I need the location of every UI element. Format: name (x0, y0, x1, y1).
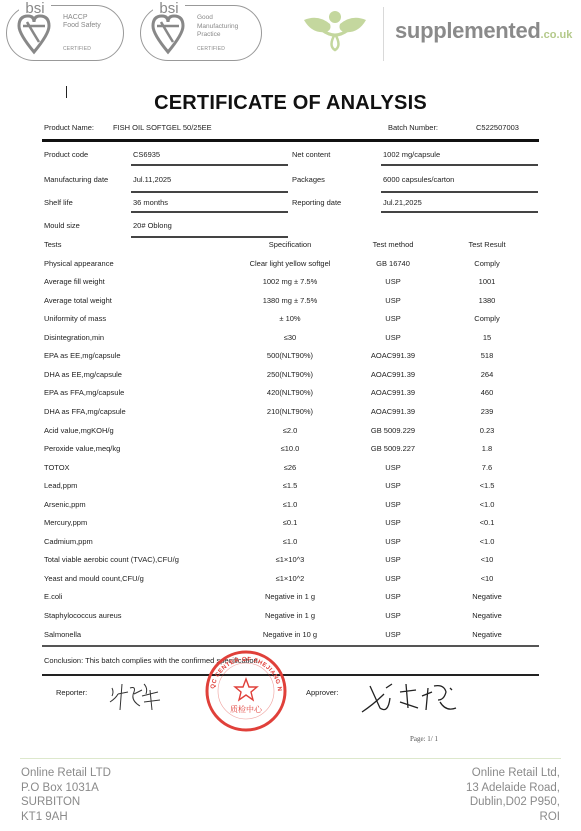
test-name: Staphylococcus aureus (44, 611, 122, 620)
test-method: USP (353, 611, 433, 620)
batch-number: C522507003 (476, 123, 519, 132)
specification: ± 10% (242, 314, 338, 323)
test-result: <10 (452, 555, 522, 564)
specification: 250(NLT90%) (242, 370, 338, 379)
test-method: USP (353, 518, 433, 527)
table-row: Disintegration,min≤30USP15 (42, 329, 539, 347)
specification: ≤1.0 (242, 537, 338, 546)
test-method: USP (353, 574, 433, 583)
packages-label: Packages (292, 175, 325, 184)
table-row: Mercury,ppm≤0.1USP<0.1 (42, 514, 539, 532)
table-row: Peroxide value,meq/kg≤10.0GB 5009.2271.8 (42, 440, 539, 458)
table-row: Cadmium,ppm≤1.0USP<1.0 (42, 533, 539, 551)
mould-size: 20# Oblong (133, 221, 172, 230)
table-row: DHA as FFA,mg/capsule210(NLT90%)AOAC991.… (42, 403, 539, 421)
test-method: USP (353, 296, 433, 305)
test-name: Physical appearance (44, 259, 114, 268)
table-row: Arsenic,ppm≤1.0USP<1.0 (42, 496, 539, 514)
reporter-label: Reporter: (56, 688, 87, 697)
address-line: Online Retail Ltd, (466, 766, 560, 781)
test-name: Peroxide value,meq/kg (44, 444, 120, 453)
test-method: USP (353, 277, 433, 286)
test-result: 7.6 (452, 463, 522, 472)
product-code-label: Product code (44, 150, 88, 159)
product-name-label: Product Name: (44, 123, 94, 132)
table-row: Uniformity of mass± 10%USPComply (42, 310, 539, 328)
test-name: Mercury,ppm (44, 518, 87, 527)
document-header: bsi HACCP Food Safety CERTIFIED bsi Good… (0, 0, 581, 70)
mould-size-label: Mould size (44, 221, 80, 230)
badge-line: Manufacturing (197, 23, 238, 32)
brand-name: supplemented (395, 18, 541, 43)
test-result: Comply (452, 259, 522, 268)
specification: ≤26 (242, 463, 338, 472)
test-result: <1.0 (452, 500, 522, 509)
test-name: Arsenic,ppm (44, 500, 86, 509)
test-result: 460 (452, 388, 522, 397)
specification: ≤1×10^3 (242, 555, 338, 564)
test-result: 239 (452, 407, 522, 416)
net-content: 1002 mg/capsule (383, 150, 440, 159)
packages: 6000 capsules/carton (383, 175, 454, 184)
table-row: Yeast and mould count,CFU/g≤1×10^2USP<10 (42, 570, 539, 588)
test-method: GB 5009.229 (353, 426, 433, 435)
test-name: Disintegration,min (44, 333, 104, 342)
address-line: ROI (466, 810, 560, 825)
test-method: USP (353, 481, 433, 490)
test-name: Uniformity of mass (44, 314, 106, 323)
test-method: USP (353, 333, 433, 342)
badge-line: Food Safety (63, 22, 101, 30)
test-method: AOAC991.39 (353, 407, 433, 416)
test-method: USP (353, 500, 433, 509)
table-row: Average total weight1380 mg ± 7.5%USP138… (42, 292, 539, 310)
shelf-life-label: Shelf life (44, 198, 73, 207)
brand-tld: .co.uk (541, 29, 573, 41)
table-row: Average fill weight1002 mg ± 7.5%USP1001 (42, 273, 539, 291)
test-name: Salmonella (44, 630, 81, 639)
table-row: E.coliNegative in 1 gUSPNegative (42, 588, 539, 606)
test-result: <1.5 (452, 481, 522, 490)
test-name: Yeast and mould count,CFU/g (44, 574, 144, 583)
manufacturing-date-label: Manufacturing date (44, 175, 108, 184)
page-number: Page: 1/ 1 (410, 735, 438, 743)
specification: ≤2.0 (242, 426, 338, 435)
test-result: 1380 (452, 296, 522, 305)
ireland-address: Online Retail Ltd, 13 Adelaide Road, Dub… (466, 766, 560, 824)
column-header: Tests (44, 240, 62, 249)
badge-certified: CERTIFIED (63, 46, 91, 52)
net-content-label: Net content (292, 150, 330, 159)
table-row: SalmonellaNegative in 10 gUSPNegative (42, 626, 539, 644)
bsi-haccp-badge: bsi HACCP Food Safety CERTIFIED (6, 5, 124, 61)
test-name: Acid value,mgKOH/g (44, 426, 114, 435)
test-result: Negative (452, 611, 522, 620)
test-result: 0.23 (452, 426, 522, 435)
test-name: DHA as EE,mg/capsule (44, 370, 122, 379)
test-method: USP (353, 592, 433, 601)
test-method: USP (353, 314, 433, 323)
test-method: AOAC991.39 (353, 351, 433, 360)
table-row: Lead,ppm≤1.5USP<1.5 (42, 477, 539, 495)
document-title: CERTIFICATE OF ANALYSIS (0, 92, 581, 115)
reporter-signature (108, 680, 168, 714)
specification: Negative in 1 g (242, 611, 338, 620)
specification: 1380 mg ± 7.5% (242, 296, 338, 305)
manufacturing-date: Jul.11,2025 (133, 175, 171, 184)
column-header: Test Result (452, 240, 522, 249)
test-result: <10 (452, 574, 522, 583)
test-method: USP (353, 630, 433, 639)
address-line: Online Retail LTD (21, 766, 111, 781)
specification: ≤1.5 (242, 481, 338, 490)
field-underline (381, 211, 538, 213)
field-underline (381, 191, 538, 193)
test-method: GB 5009.227 (353, 444, 433, 453)
test-method: USP (353, 463, 433, 472)
test-name: EPA as EE,mg/capsule (44, 351, 121, 360)
test-name: Lead,ppm (44, 481, 77, 490)
test-name: DHA as FFA,mg/capsule (44, 407, 126, 416)
specification: Clear light yellow softgel (242, 259, 338, 268)
table-row: TOTOX≤26USP7.6 (42, 459, 539, 477)
column-header: Test method (353, 240, 433, 249)
test-result: <0.1 (452, 518, 522, 527)
specification: ≤10.0 (242, 444, 338, 453)
badge-line: Practice (197, 31, 238, 40)
test-result: Comply (452, 314, 522, 323)
test-name: Average total weight (44, 296, 112, 305)
test-result: Negative (452, 592, 522, 601)
conclusion-rule (42, 674, 539, 676)
bsi-kitemark-icon: bsi (11, 0, 57, 62)
test-method: AOAC991.39 (353, 388, 433, 397)
table-row: Physical appearanceClear light yellow so… (42, 255, 539, 273)
test-name: EPA as FFA,mg/capsule (44, 388, 124, 397)
address-line: KT1 9AH (21, 810, 111, 825)
test-result: 1001 (452, 277, 522, 286)
test-method: GB 16740 (353, 259, 433, 268)
product-code: CS6935 (133, 150, 160, 159)
test-result: 15 (452, 333, 522, 342)
field-underline (131, 191, 288, 193)
product-name: FISH OIL SOFTGEL 50/25EE (113, 123, 212, 132)
table-row: Acid value,mgKOH/g≤2.0GB 5009.2290.23 (42, 422, 539, 440)
specification: Negative in 10 g (242, 630, 338, 639)
bsi-gmp-badge: bsi Good Manufacturing Practice CERTIFIE… (140, 5, 262, 61)
table-row: Total viable aerobic count (TVAC),CFU/g≤… (42, 551, 539, 569)
batch-number-label: Batch Number: (388, 123, 438, 132)
specification: 420(NLT90%) (242, 388, 338, 397)
test-result: Negative (452, 630, 522, 639)
badge-line: Good (197, 14, 238, 23)
specification: Negative in 1 g (242, 592, 338, 601)
test-result: <1.0 (452, 537, 522, 546)
reporting-date: Jul.21,2025 (383, 198, 422, 207)
approver-label: Approver: (306, 688, 339, 697)
svg-text:bsi: bsi (25, 0, 44, 17)
svg-text:bsi: bsi (159, 0, 178, 17)
specification: 500(NLT90%) (242, 351, 338, 360)
test-method: AOAC991.39 (353, 370, 433, 379)
company-seal-stamp: QC CENTER OF ZHEJIANG NUTRASE BIOTECH CO… (204, 649, 288, 733)
approver-signature (360, 678, 470, 718)
specification: ≤0.1 (242, 518, 338, 527)
table-row: Staphylococcus aureusNegative in 1 gUSPN… (42, 607, 539, 625)
table-row: EPA as FFA,mg/capsule420(NLT90%)AOAC991.… (42, 384, 539, 402)
test-method: USP (353, 537, 433, 546)
test-name: E.coli (44, 592, 62, 601)
address-line: SURBITON (21, 795, 111, 810)
specification: ≤30 (242, 333, 338, 342)
table-row: DHA as EE,mg/capsule250(NLT90%)AOAC991.3… (42, 366, 539, 384)
specification: 1002 mg ± 7.5% (242, 277, 338, 286)
header-rule (42, 139, 539, 142)
specification: 210(NLT90%) (242, 407, 338, 416)
table-header-row: TestsSpecificationTest methodTest Result (42, 236, 539, 254)
sprout-leaf-icon (302, 6, 368, 58)
test-method: USP (353, 555, 433, 564)
svg-text:质检中心: 质检中心 (230, 704, 263, 714)
test-name: TOTOX (44, 463, 70, 472)
table-row: EPA as EE,mg/capsule500(NLT90%)AOAC991.3… (42, 347, 539, 365)
column-header: Specification (242, 240, 338, 249)
field-underline (381, 164, 538, 166)
test-result: 518 (452, 351, 522, 360)
uk-address: Online Retail LTD P.O Box 1031A SURBITON… (21, 766, 111, 824)
footer-rule (20, 758, 561, 759)
test-name: Average fill weight (44, 277, 105, 286)
test-name: Cadmium,ppm (44, 537, 93, 546)
address-line: 13 Adelaide Road, (466, 781, 560, 796)
badge-line: HACCP (63, 14, 101, 22)
test-result: 1.8 (452, 444, 522, 453)
field-underline (131, 164, 288, 166)
address-line: Dublin,D02 P950, (466, 795, 560, 810)
address-line: P.O Box 1031A (21, 781, 111, 796)
specification: ≤1×10^2 (242, 574, 338, 583)
table-bottom-rule (42, 645, 539, 647)
bsi-kitemark-icon: bsi (145, 0, 191, 62)
test-result: 264 (452, 370, 522, 379)
brand-divider (383, 7, 384, 61)
brand-logo: supplemented.co.uk (395, 18, 572, 44)
test-name: Total viable aerobic count (TVAC),CFU/g (44, 555, 179, 564)
specification: ≤1.0 (242, 500, 338, 509)
shelf-life: 36 months (133, 198, 168, 207)
badge-certified: CERTIFIED (197, 46, 225, 52)
reporting-date-label: Reporting date (292, 198, 341, 207)
field-underline (131, 211, 288, 213)
